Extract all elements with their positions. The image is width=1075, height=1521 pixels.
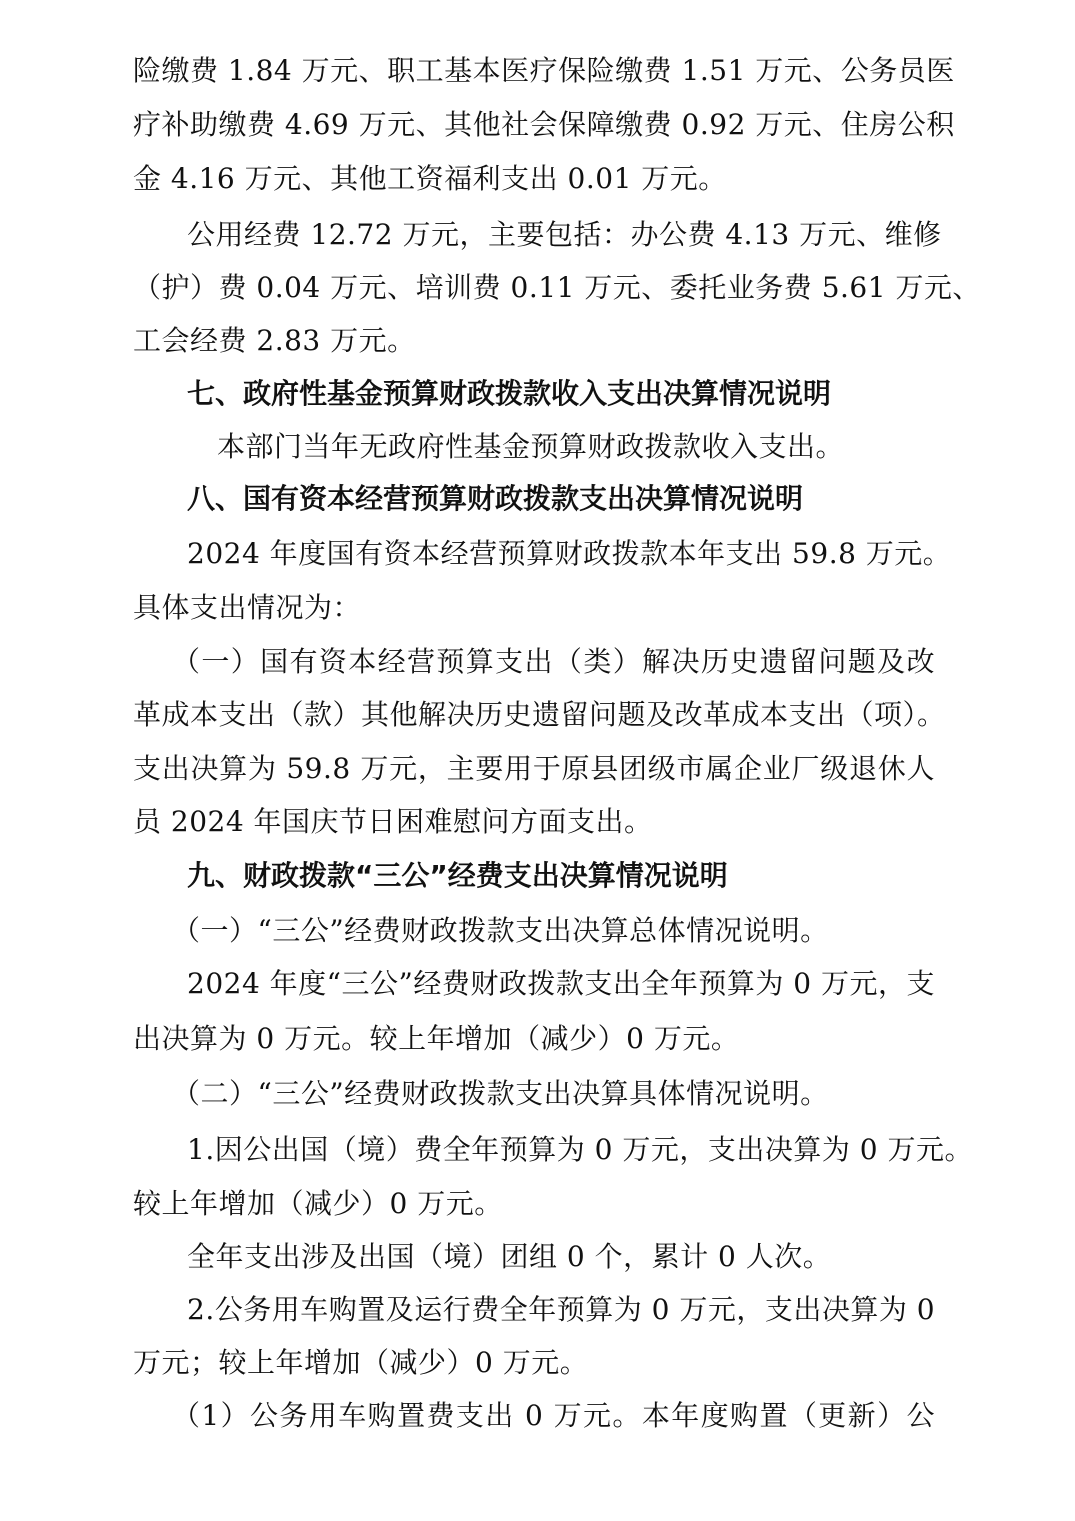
body-line: 万元；较上年增加（减少）0 万元。 — [133, 1345, 935, 1381]
section-heading-7: 七、政府性基金预算财政拨款收入支出决算情况说明 — [187, 376, 935, 412]
document-page: 险缴费 1.84 万元、职工基本医疗保险缴费 1.51 万元、公务员医 疗补助缴… — [0, 0, 1075, 1521]
section-heading-8: 八、国有资本经营预算财政拨款支出决算情况说明 — [187, 481, 935, 517]
body-line: 较上年增加（减少）0 万元。 — [133, 1186, 935, 1222]
body-line: （护）费 0.04 万元、培训费 0.11 万元、委托业务费 5.61 万元、 — [133, 270, 935, 306]
subsection-line: （1）公务用车购置费支出 0 万元。本年度购置（更新）公 — [172, 1398, 935, 1434]
paragraph-start-line: 2.公务用车购置及运行费全年预算为 0 万元，支出决算为 0 — [187, 1292, 935, 1328]
body-line: 革成本支出（款）其他解决历史遗留问题及改革成本支出（项）。 — [133, 697, 935, 733]
paragraph-start-line: 1.因公出国（境）费全年预算为 0 万元，支出决算为 0 万元。 — [187, 1132, 935, 1168]
body-line: 金 4.16 万元、其他工资福利支出 0.01 万元。 — [133, 161, 935, 197]
body-line: 全年支出涉及出国（境）团组 0 个，累计 0 人次。 — [187, 1239, 935, 1275]
paragraph-start-line: 2024 年度国有资本经营预算财政拨款本年支出 59.8 万元。 — [187, 536, 935, 572]
body-line: 工会经费 2.83 万元。 — [133, 323, 935, 359]
body-line: 本部门当年无政府性基金预算财政拨款收入支出。 — [217, 429, 935, 465]
body-line: 险缴费 1.84 万元、职工基本医疗保险缴费 1.51 万元、公务员医 — [133, 53, 935, 89]
section-heading-9: 九、财政拨款“三公”经费支出决算情况说明 — [187, 858, 935, 894]
paragraph-start-line: 公用经费 12.72 万元，主要包括：办公费 4.13 万元、维修 — [187, 217, 935, 253]
body-line: 员 2024 年国庆节日困难慰问方面支出。 — [133, 804, 935, 840]
body-line: 具体支出情况为： — [133, 590, 935, 626]
subsection-line: （一）国有资本经营预算支出（类）解决历史遗留问题及改 — [172, 644, 935, 680]
paragraph-start-line: 2024 年度“三公”经费财政拨款支出全年预算为 0 万元，支 — [187, 966, 935, 1002]
body-line: 疗补助缴费 4.69 万元、其他社会保障缴费 0.92 万元、住房公积 — [133, 107, 935, 143]
subsection-heading-1: （一）“三公”经费财政拨款支出决算总体情况说明。 — [172, 913, 935, 949]
body-line: 出决算为 0 万元。较上年增加（减少）0 万元。 — [133, 1021, 935, 1057]
subsection-heading-2: （二）“三公”经费财政拨款支出决算具体情况说明。 — [172, 1076, 935, 1112]
body-line: 支出决算为 59.8 万元，主要用于原县团级市属企业厂级退休人 — [133, 751, 935, 787]
